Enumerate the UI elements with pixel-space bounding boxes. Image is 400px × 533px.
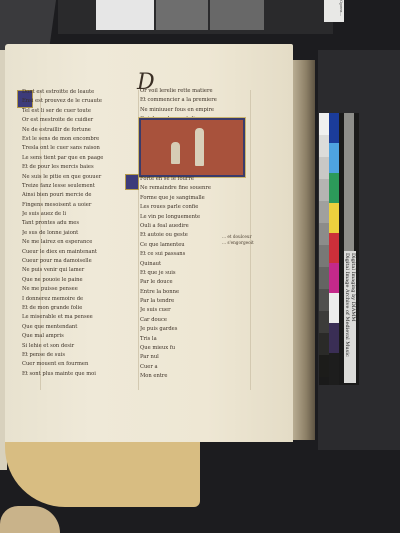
ruler-label: Digital Imaging by DIAMM Digital Image A…: [344, 251, 356, 383]
text-line: Cuer mouent en fourmen: [22, 360, 132, 369]
support-cloth: [5, 442, 200, 507]
text-line: Quinaut: [140, 260, 250, 269]
text-line: Que mal ampris: [22, 332, 132, 341]
color-patch-black: [329, 353, 339, 385]
left-text-column: Dont est estroitte de leauteEnsi est pro…: [22, 88, 132, 379]
text-line: Ensi est prouvez de le cruaute: [22, 97, 132, 106]
text-line: Entre la bonne: [140, 288, 250, 297]
miniature-illustration: [139, 118, 245, 177]
text-line: Tris la: [140, 335, 250, 344]
text-line: Je sus de lonne jaiont: [22, 229, 132, 238]
gray-patch: [319, 135, 329, 157]
gray-patch: [319, 355, 329, 377]
color-patch-blue: [329, 113, 339, 143]
text-line: Ouli a feal auedire: [140, 222, 250, 231]
color-patch-red: [329, 233, 339, 263]
text-line: Si lehie et son desir: [22, 342, 132, 351]
text-line: Ne de estraillir de fortune: [22, 126, 132, 135]
text-line: Forte en se le fourre: [140, 175, 250, 184]
text-line: Est le sens de mon encombre: [22, 135, 132, 144]
kneeling-figure: [171, 142, 180, 164]
text-line: Tant prontes adu mes: [22, 219, 132, 228]
swatch-white: [96, 0, 154, 30]
color-patch-dark-purple: [329, 323, 339, 353]
text-line: Je suis auez de li: [22, 210, 132, 219]
gray-patch: [319, 311, 329, 333]
text-line: Fingens mesoisent a uoier: [22, 201, 132, 210]
ruler-scale: [344, 113, 354, 251]
text-line: Par le douce: [140, 278, 250, 287]
text-line: Cuer a: [140, 363, 250, 372]
text-line: Ne remaindre fine souenre: [140, 184, 250, 193]
color-patch-yellow: [329, 203, 339, 233]
text-line: Cueur pour ma damoiselle: [22, 257, 132, 266]
text-line: Par la tendre: [140, 297, 250, 306]
text-line: Que mieux fu: [140, 344, 250, 353]
text-line: Et de pour les mercis baies: [22, 163, 132, 172]
gray-patch: [319, 333, 329, 355]
text-line: Le sens tient par que en paage: [22, 154, 132, 163]
text-line: Dont est estroitte de leaute: [22, 88, 132, 97]
color-patch-green: [329, 173, 339, 203]
support-cloth-corner: [0, 506, 60, 533]
gray-patch: [319, 113, 329, 135]
gray-patch: [319, 157, 329, 179]
text-line: Or voil lerelie rette matiere: [140, 87, 250, 96]
text-line: Et ce sui passans: [140, 250, 250, 259]
text-line: Cueur le diex en maintenant: [22, 248, 132, 257]
text-line: Tel est li ser de cuer toute: [22, 107, 132, 116]
color-patch-white: [329, 293, 339, 323]
text-line: Et que je suis: [140, 269, 250, 278]
text-line: Ne me puisse pensee: [22, 285, 132, 294]
swatch-grey-1: [156, 0, 208, 30]
text-line: Je suis cuer: [140, 306, 250, 315]
standing-figure: [195, 128, 204, 166]
gray-patch: [319, 267, 329, 289]
grey-scale-card: Opera...: [58, 0, 333, 34]
color-calibration-target: Digital Imaging by DIAMM Digital Image A…: [319, 113, 359, 385]
marginal-gloss: ... et doulceur ... s'engorgeoit: [222, 234, 254, 246]
card-label: Opera...: [324, 0, 344, 22]
illuminated-initial: [125, 174, 139, 190]
text-line: Ne suis le pitie en que gouuer: [22, 173, 132, 182]
gray-patch: [319, 245, 329, 267]
text-line: Je puis gardes: [140, 325, 250, 334]
color-patch-cyan: [329, 143, 339, 173]
text-line: Et sont plus mainte que moi: [22, 370, 132, 379]
text-line: Car douce: [140, 316, 250, 325]
gray-patch: [319, 289, 329, 311]
text-line: Forme que je sangimalle: [140, 194, 250, 203]
text-line: Ne miniuuer fous en empire: [140, 106, 250, 115]
gray-patch: [319, 223, 329, 245]
text-line: Par nul: [140, 353, 250, 362]
text-line: Les roues parle confie: [140, 203, 250, 212]
gray-patch: [319, 179, 329, 201]
text-line: Le miserable et ma pensee: [22, 313, 132, 322]
text-line: Et de mon grande folie: [22, 304, 132, 313]
text-line: Mon entre: [140, 372, 250, 381]
text-line: Que ne pouoie le paine: [22, 276, 132, 285]
text-line: Le vin pe longuemente: [140, 213, 250, 222]
text-line: Ne me lairez en esperance: [22, 238, 132, 247]
text-line: Treize fanz lesse seulement: [22, 182, 132, 191]
swatch-grey-2: [210, 0, 264, 30]
right-text-column: Forte en se le fourreNe remaindre fine s…: [140, 175, 250, 382]
text-line: Ainsi bien pouri mercie de: [22, 191, 132, 200]
text-line: Ne puis venir qui lamer: [22, 266, 132, 275]
text-line: Et pense de suis: [22, 351, 132, 360]
text-line: Que que mentendant: [22, 323, 132, 332]
gray-patch: [319, 201, 329, 223]
color-patch-magenta: [329, 263, 339, 293]
text-line: Et commencier a la premiere: [140, 96, 250, 105]
text-line: Tresla ont le cuer sans raison: [22, 144, 132, 153]
text-line: I donnerez memoire de: [22, 295, 132, 304]
book-fore-edge: [293, 60, 315, 440]
text-line: Or est mestroite de cuidier: [22, 116, 132, 125]
